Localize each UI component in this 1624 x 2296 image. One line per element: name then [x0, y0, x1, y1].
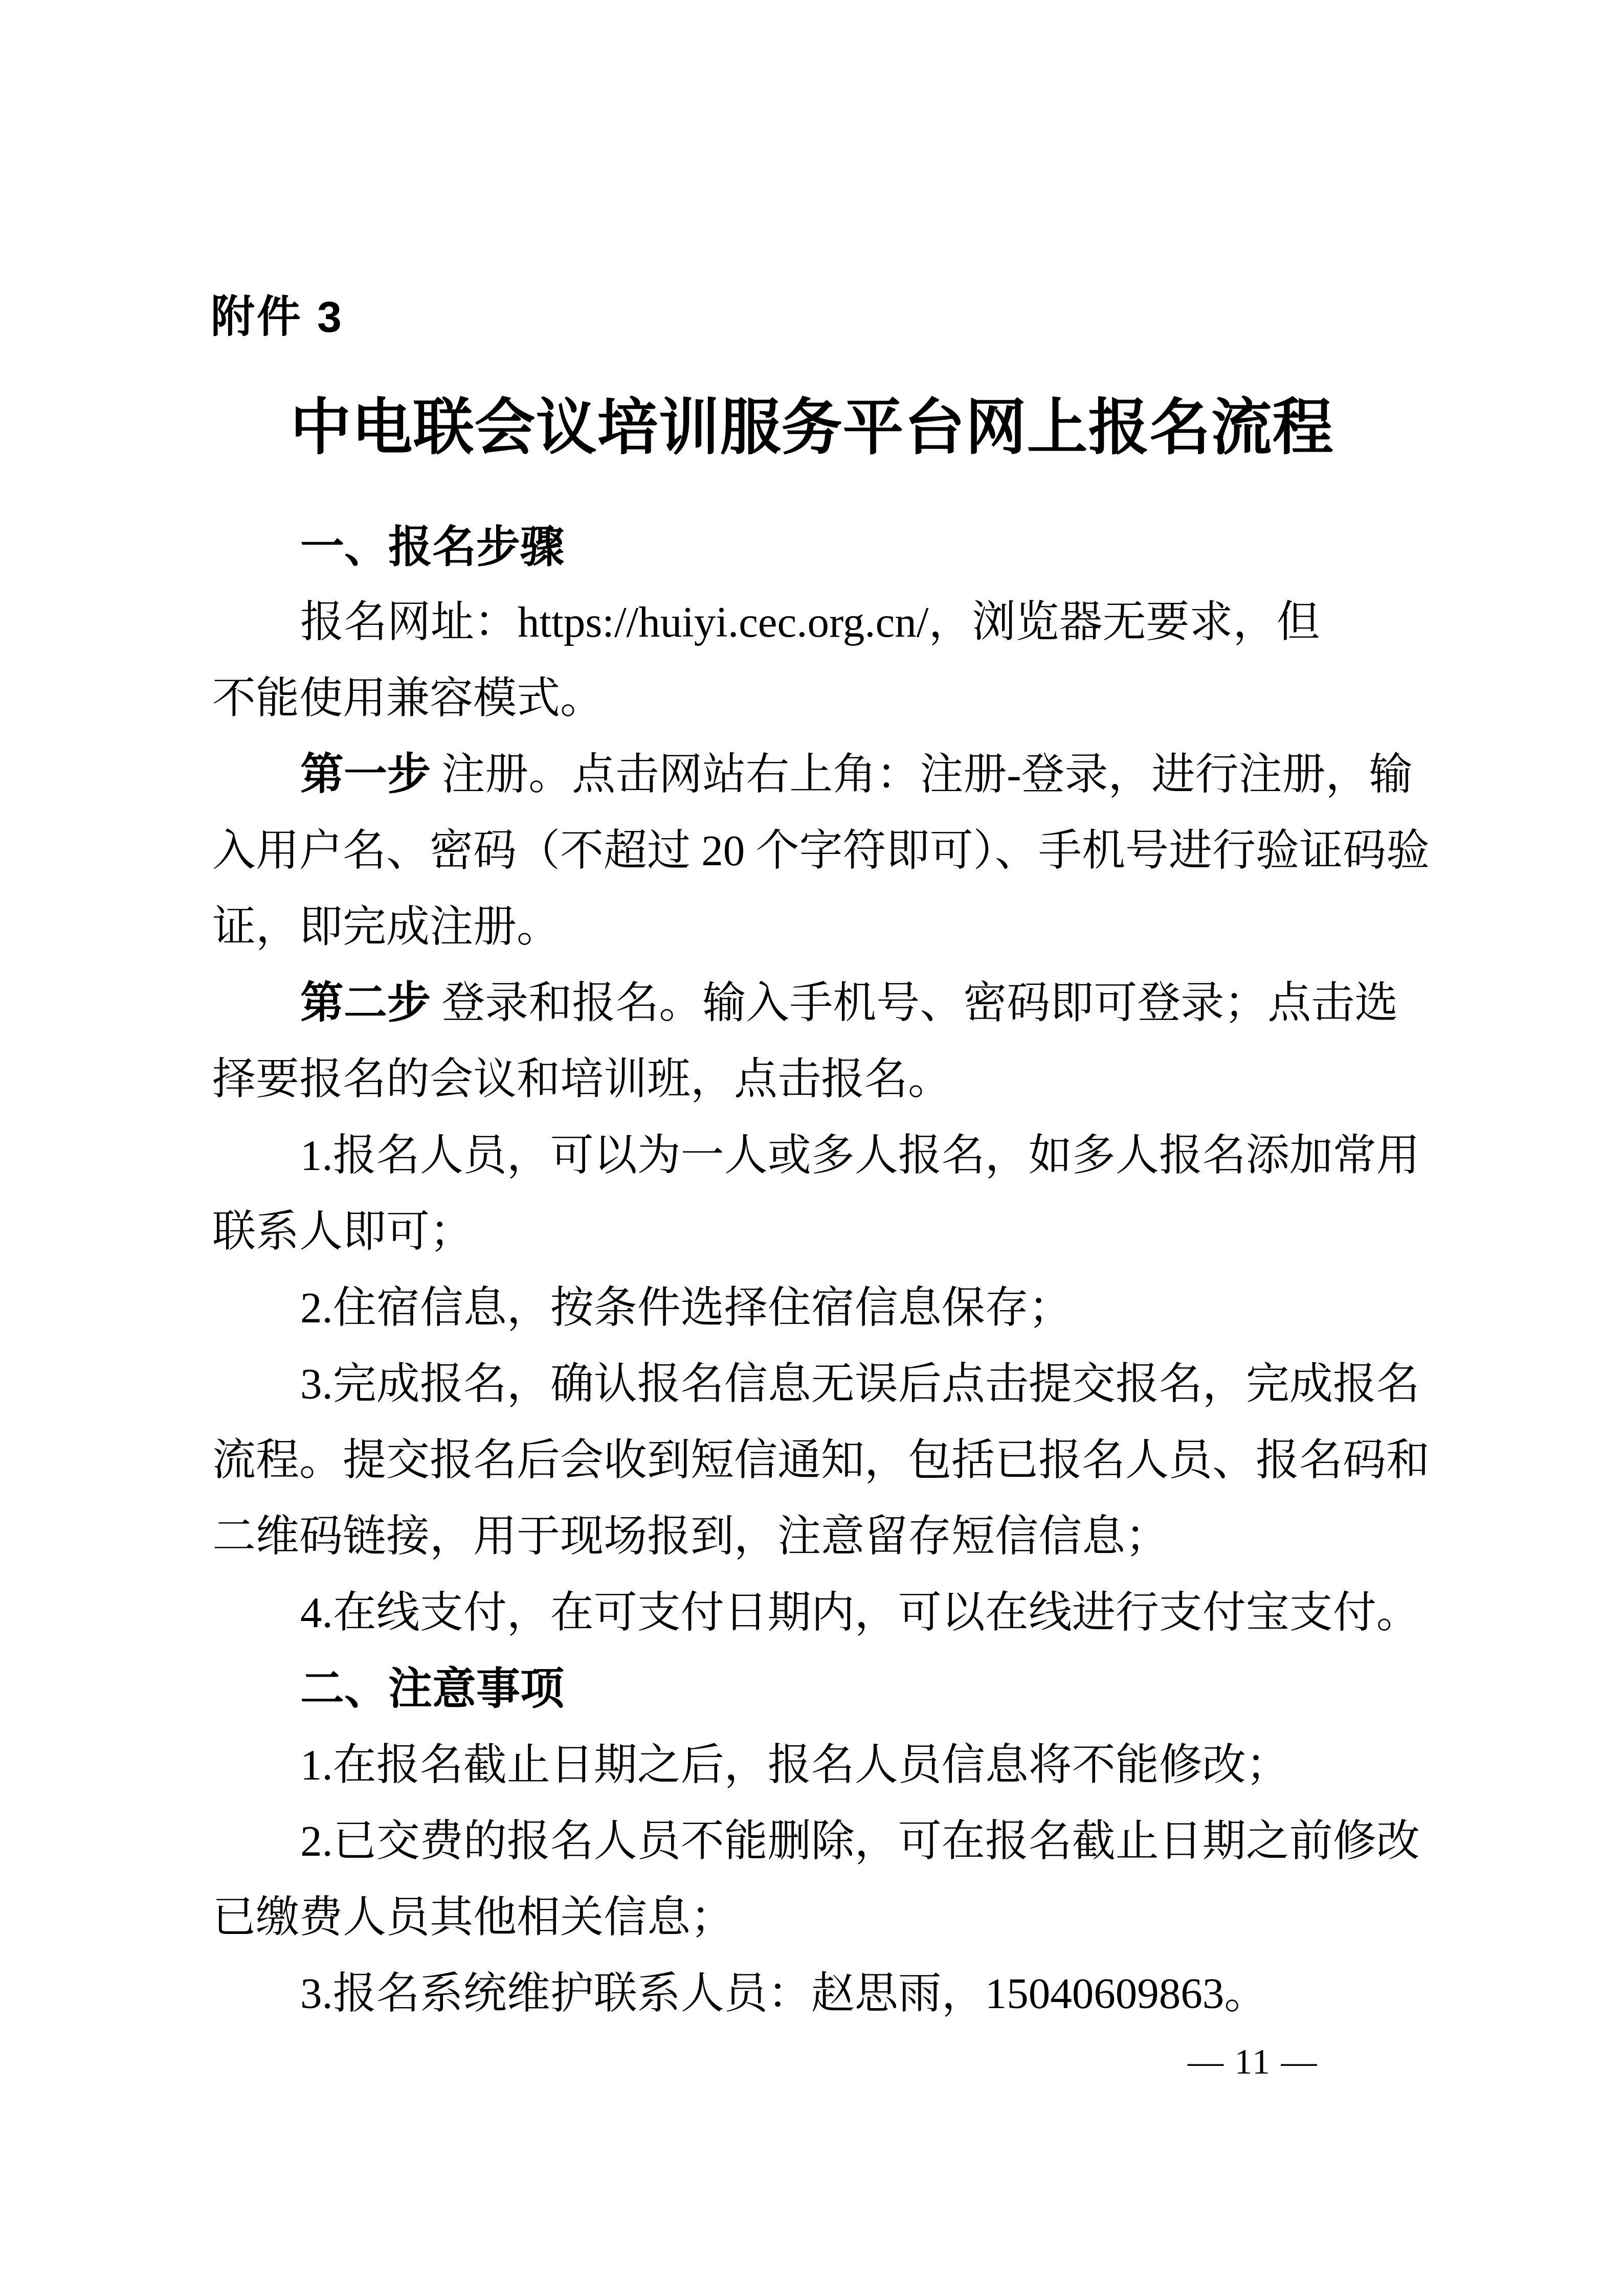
body-line-item3-1: 3.完成报名，确认报名信息无误后点击提交报名，完成报名	[212, 1346, 1507, 1423]
body-line-item3-3: 二维码链接，用于现场报到，注意留存短信信息；	[212, 1499, 1419, 1575]
step-one-text: 注册。点击网站右上角：注册-登录，进行注册，输	[431, 751, 1413, 799]
body-line-item1-1: 1.报名人员，可以为一人或多人报名，如多人报名添加常用	[212, 1118, 1507, 1194]
body-line-item2: 2.住宿信息，按条件选择住宿信息保存；	[212, 1270, 1507, 1346]
step-one-label: 第一步	[300, 751, 431, 799]
section-heading-notes: 二、注意事项	[212, 1651, 1502, 1727]
body-line-item3-2: 流程。提交报名后会收到短信通知，包括已报名人员、报名码和	[212, 1423, 1419, 1499]
body-line-step2-1: 第二步 登录和报名。输入手机号、密码即可登录；点击选	[212, 965, 1507, 1042]
attachment-label: 附件 3	[211, 286, 344, 348]
body-line-step1-3: 证，即完成注册。	[212, 889, 1419, 965]
body-line-note3-contact: 3.报名系统维护联系人员：赵思雨，15040609863。	[212, 1956, 1507, 2032]
body-line-intro-url: 报名网址：https://huiyi.cec.org.cn/，浏览器无要求，但	[212, 584, 1507, 661]
body-line-intro-2: 不能使用兼容模式。	[212, 661, 1419, 737]
page-number: — 11 —	[1188, 2039, 1318, 2085]
body-line-step1-2: 入用户名、密码（不超过 20 个字符即可）、手机号进行验证码验	[212, 813, 1419, 889]
section-heading-registration-steps: 一、报名步骤	[212, 509, 1502, 586]
step-two-text: 登录和报名。输入手机号、密码即可登录；点击选	[431, 979, 1398, 1027]
document-title: 中电联会议培训服务平台网上报名流程	[0, 385, 1624, 471]
step-two-label: 第二步	[300, 979, 431, 1027]
body-line-note2-2: 已缴费人员其他相关信息；	[212, 1880, 1419, 1956]
body-line-note2-1: 2.已交费的报名人员不能删除，可在报名截止日期之前修改	[212, 1804, 1507, 1880]
body-line-note1: 1.在报名截止日期之后，报名人员信息将不能修改；	[212, 1727, 1507, 1804]
body-line-item1-2: 联系人即可；	[212, 1194, 1419, 1270]
body-line-step2-2: 择要报名的会议和培训班，点击报名。	[212, 1042, 1419, 1118]
body-line-step1-1: 第一步 注册。点击网站右上角：注册-登录，进行注册，输	[212, 737, 1507, 813]
document-page: 附件 3 中电联会议培训服务平台网上报名流程 一、报名步骤 报名网址：https…	[0, 0, 1624, 2296]
body-line-item4: 4.在线支付，在可支付日期内，可以在线进行支付宝支付。	[212, 1575, 1507, 1651]
